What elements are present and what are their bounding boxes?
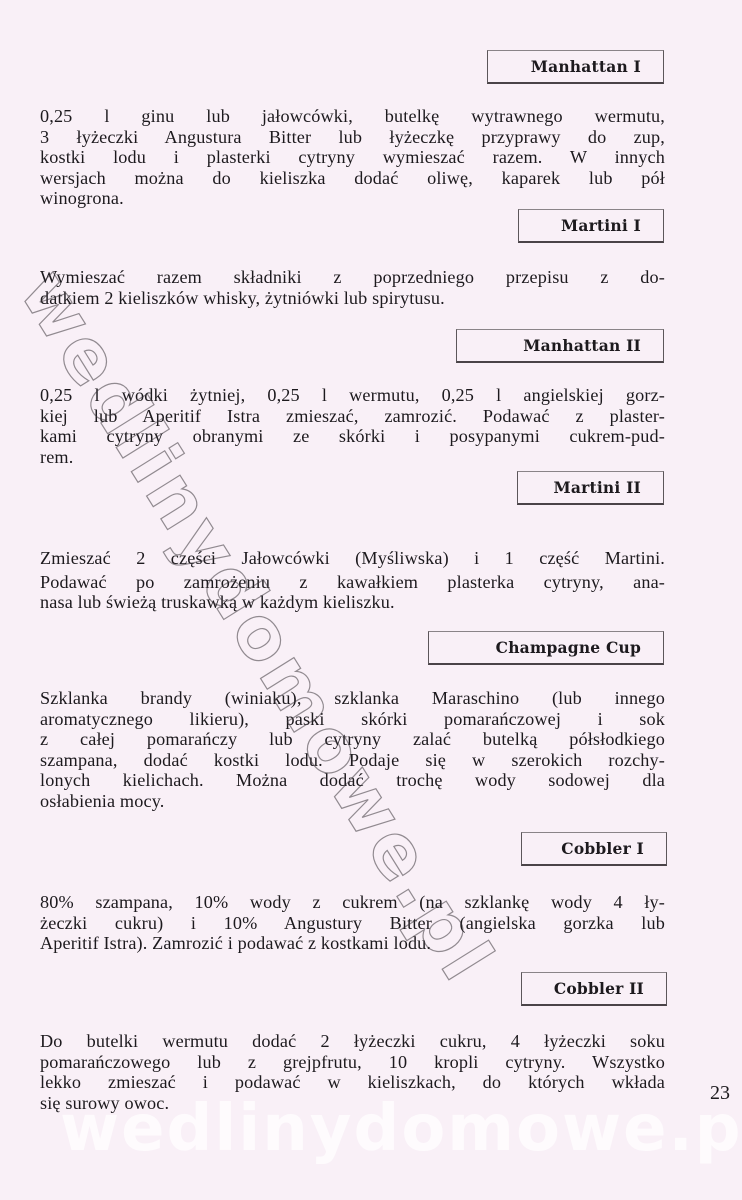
recipe-text-martini-i: Wymieszać razem składniki z poprzedniego…	[40, 267, 665, 308]
text-line: winogrona.	[40, 188, 665, 209]
text-line: Podawać po zamrożeniu z kawałkiem plaste…	[40, 572, 665, 593]
text-line: 80% szampana, 10% wody z cukrem (na szkl…	[40, 892, 665, 913]
recipe-text-manhattan-ii: 0,25 l wódki żytniej, 0,25 l wermutu, 0,…	[40, 385, 665, 467]
recipe-title-manhattan-ii: Manhattan II	[456, 329, 664, 363]
text-line: lonych kielichach. Można dodać trochę wo…	[40, 770, 665, 791]
recipe-text-martini-ii: Zmieszać 2 części Jałowcówki (Myśliwska)…	[40, 548, 665, 613]
text-line: kiej lub Aperitif Istra zmieszać, zamroz…	[40, 406, 665, 427]
text-line: się surowy owoc.	[40, 1093, 665, 1114]
text-line: rem.	[40, 447, 665, 468]
text-line: 0,25 l wódki żytniej, 0,25 l wermutu, 0,…	[40, 385, 665, 406]
text-line: Szklanka brandy (winiaku), szklanka Mara…	[40, 688, 665, 709]
recipe-text-manhattan-i: 0,25 l ginu lub jałowcówki, butelkę wytr…	[40, 106, 665, 209]
recipe-title-martini-ii: Martini II	[517, 471, 664, 505]
text-line: wersjach można do kieliszka dodać oliwę,…	[40, 168, 665, 189]
text-line: aromatycznego likieru), paski skórki pom…	[40, 709, 665, 730]
text-line: szampana, dodać kostki lodu. Podaje się …	[40, 750, 665, 771]
text-line: żeczki cukru) i 10% Angustury Bitter (an…	[40, 913, 665, 934]
recipe-title-cobbler-i: Cobbler I	[521, 832, 667, 866]
recipe-title-cobbler-ii: Cobbler II	[521, 972, 667, 1006]
text-line: 0,25 l ginu lub jałowcówki, butelkę wytr…	[40, 106, 665, 127]
recipe-title-martini-i: Martini I	[518, 209, 664, 243]
text-line: datkiem 2 kieliszków whisky, żytniówki l…	[40, 288, 665, 309]
text-line: 3 łyżeczki Angustura Bitter lub łyżeczkę…	[40, 127, 665, 148]
text-line: pomarańczowego lub z grejpfrutu, 10 krop…	[40, 1052, 665, 1073]
page-number: 23	[710, 1082, 730, 1105]
text-line: kami cytryny obranymi ze skórki i posypa…	[40, 426, 665, 447]
text-line: z całej pomarańczy lub cytryny zalać but…	[40, 729, 665, 750]
text-line: Do butelki wermutu dodać 2 łyżeczki cukr…	[40, 1031, 665, 1052]
text-line: Zmieszać 2 części Jałowcówki (Myśliwska)…	[40, 548, 665, 569]
text-line: Aperitif Istra). Zamrozić i podawać z ko…	[40, 933, 665, 954]
recipe-text-cobbler-ii: Do butelki wermutu dodać 2 łyżeczki cukr…	[40, 1031, 665, 1113]
book-page: Manhattan I 0,25 l ginu lub jałowcówki, …	[0, 0, 742, 1200]
recipe-text-cobbler-i: 80% szampana, 10% wody z cukrem (na szkl…	[40, 892, 665, 954]
text-line: Wymieszać razem składniki z poprzedniego…	[40, 267, 665, 288]
text-line: nasa lub świeżą truskawką w każdym kieli…	[40, 592, 665, 613]
recipe-text-champagne-cup: Szklanka brandy (winiaku), szklanka Mara…	[40, 688, 665, 811]
text-line: osłabienia mocy.	[40, 791, 665, 812]
text-line: kostki lodu i plasterki cytryny wymiesza…	[40, 147, 665, 168]
text-line: lekko zmieszać i podawać w kieliszkach, …	[40, 1072, 665, 1093]
watermark-diagonal: wedlinydomowe.pl	[4, 255, 511, 997]
recipe-title-champagne-cup: Champagne Cup	[428, 631, 664, 665]
recipe-title-manhattan-i: Manhattan I	[487, 50, 664, 84]
